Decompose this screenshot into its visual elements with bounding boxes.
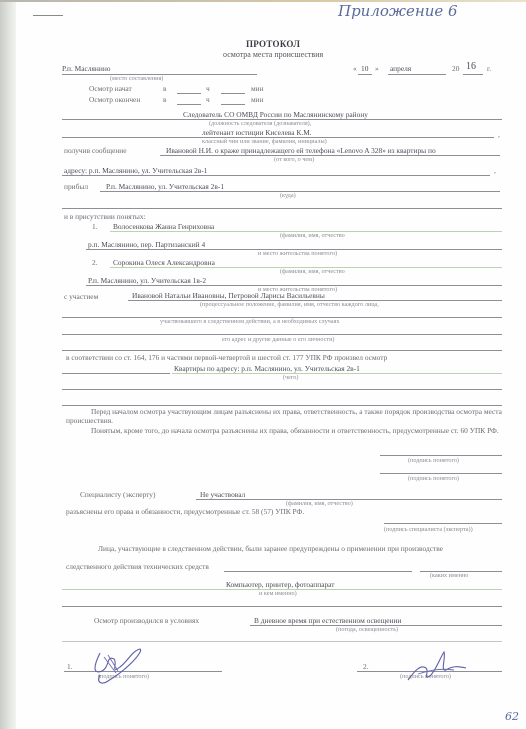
investigator-name-caption: классный чин или звание, фамилия, инициа…: [202, 138, 327, 146]
date-month: апреля: [390, 64, 411, 73]
witness-address: Р.п. Маслянино, ул. Учительская 1в-2: [88, 276, 206, 285]
witness-sign-caption-2: (подпись понятого): [408, 475, 459, 483]
page-subtitle: осмотра места происшествия: [223, 50, 323, 59]
basis-text: в соответствии со ст. 164, 176 и частями…: [66, 353, 387, 362]
rights-paragraph-1: Перед началом осмотра участвующим лицам …: [66, 407, 502, 425]
date-day: 10: [361, 64, 368, 73]
page-title: ПРОТОКОЛ: [246, 39, 300, 49]
report-address: адресу: р.п. Маслянино, ул. Учительская …: [64, 166, 207, 175]
tech-value: Компьютер, принтер, фотоаппарат: [226, 580, 335, 589]
participants-label: с участием: [64, 292, 98, 301]
place-value: Р.п. Маслянино: [62, 64, 110, 73]
place-caption: (место составления): [110, 75, 163, 83]
report-caption: (от кого, о чем): [274, 156, 314, 164]
conditions-value: В дневное время при естественном освещен…: [254, 616, 401, 625]
specialist-value: Не участвовал: [200, 490, 245, 499]
witness-name: Сорокина Олеся Александровна: [113, 258, 215, 267]
scan-edge-shadow: [0, 0, 16, 729]
arrived-value: Р.п. Маслянино, ул. Учительская 2в-1: [106, 182, 224, 191]
date-year: 16: [466, 62, 476, 71]
specialist-label: Специалисту (эксперту): [80, 490, 155, 499]
basis-object: Квартиры по адресу: р.п. Маслянино, ул. …: [174, 364, 360, 373]
tech-paragraph: Лица, участвующие в следственном действи…: [98, 544, 443, 553]
arrived-label: прибыл: [64, 182, 88, 191]
investigator-position: Следователь СО ОМВД России по Маслянинск…: [183, 110, 368, 119]
investigator-position-caption: (должность следователя (дознавателя),: [209, 120, 311, 128]
witness-name: Волосенкова Жанна Генриховна: [113, 222, 214, 231]
specialist-text: разъяснены его права и обязанности, пред…: [66, 507, 304, 516]
rights-paragraph-2: Понятым, кроме того, до начала осмотра р…: [66, 426, 502, 435]
report-text: Ивановой Н.И. о краже принадлежащего ей …: [166, 146, 436, 155]
signature-scribble-icon: [88, 645, 148, 687]
witness-sign-caption-1: (подпись понятого): [408, 457, 459, 465]
participants-value: Ивановой Натальи Ивановны, Петровой Лари…: [132, 291, 325, 300]
witnesses-intro: и в присутствии понятых:: [64, 212, 146, 221]
investigator-name: лейтенант юстиции Киселева К.М.: [202, 128, 312, 137]
corner-mark: [33, 15, 63, 16]
signature-scribble-icon: [400, 644, 470, 686]
arrived-caption: (куда): [280, 192, 296, 200]
appendix-annotation: Приложение 6: [338, 2, 458, 20]
page-number: 62: [505, 710, 519, 723]
conditions-label: Осмотр производился в условиях: [94, 616, 199, 625]
tech-line-label: следственного действия технических средс…: [66, 562, 209, 571]
report-label: получив сообщение: [64, 146, 127, 155]
specialist-sign-caption: (подпись специалиста (эксперта)): [384, 526, 473, 534]
witness-address: р.п. Маслянино, пер. Партизанский 4: [88, 240, 205, 249]
